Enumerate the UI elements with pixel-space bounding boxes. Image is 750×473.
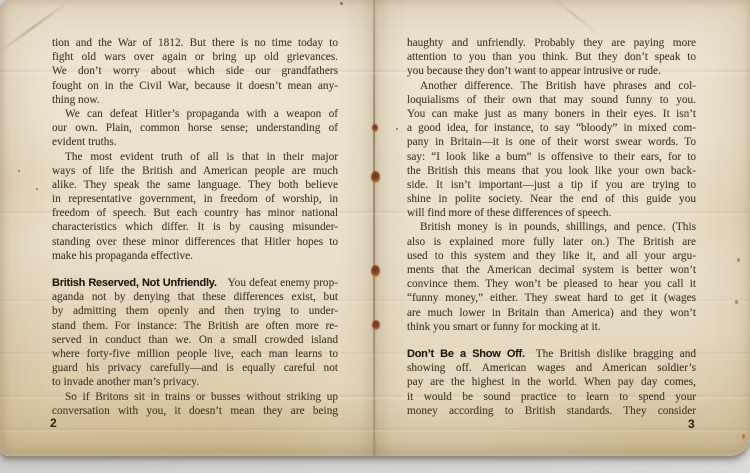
text-line: You can make just as many boners in thei… (407, 107, 696, 121)
text-line: pay are the highest in the world. When p… (407, 375, 696, 389)
text-line: our own. Plain, common horse sense; unde… (52, 121, 338, 135)
text-line: make his propaganda effective. (52, 249, 338, 263)
paper-speck (735, 300, 738, 304)
text-line: money according to British standards. Th… (407, 404, 696, 418)
open-booklet-paper: tion and the War of 1812. But there is n… (0, 0, 750, 456)
paper-speck (396, 128, 398, 130)
text-line: standing over these minor differences th… (52, 235, 338, 249)
text-line: attention to you than you think. But the… (407, 50, 696, 64)
text-line: where forty-five million people live, ea… (52, 347, 338, 361)
text-line: conversation with you, it doesn’t mean t… (52, 404, 338, 418)
text-line: We can defeat Hitler’s propaganda with a… (52, 107, 338, 121)
text-line: say: “I look like a bum” is offensive to… (407, 150, 696, 164)
text-line: tion and the War of 1812. But there is n… (52, 36, 338, 50)
text-line: British Reserved, Not Unfriendly.You def… (52, 276, 338, 290)
right-page-number: 3 (688, 417, 695, 431)
text-line: ments that the American decimal system i… (407, 263, 696, 277)
text-line: loquialisms of their own that may sound … (407, 93, 696, 107)
text-line: ways of life the British and American pe… (52, 164, 338, 178)
corner-crease (546, 0, 603, 38)
text-line: convince them. They won’t be pleased to … (407, 277, 696, 291)
text-line: alike. They speak the same language. The… (52, 178, 338, 192)
body-paragraph: So if Britons sit in trains or busses wi… (52, 390, 338, 418)
section-paragraph: British Reserved, Not Unfriendly.You def… (52, 276, 338, 390)
section-heading: Don’t Be a Show Off. (407, 348, 525, 360)
horizontal-crease (0, 427, 750, 433)
rust-staple-spot (372, 124, 378, 132)
text-line: to invade another man’s privacy. (52, 375, 338, 389)
text-line: aganda not by denying that these differe… (52, 290, 338, 304)
body-paragraph: haughty and unfriendly. Probably they ar… (407, 36, 696, 79)
text-line: Don’t Be a Show Off.The British dislike … (407, 347, 696, 361)
paper-speck (742, 434, 745, 439)
paper-speck (737, 258, 740, 262)
text-line: pany in Britain—it is one of their worst… (407, 135, 696, 149)
text-line: fight old wars over again or bring up ol… (52, 50, 338, 64)
body-paragraph: tion and the War of 1812. But there is n… (52, 36, 338, 107)
text-line: haughty and unfriendly. Probably they ar… (407, 36, 696, 50)
text-line: guard his privacy carefully—and is equal… (52, 361, 338, 375)
text-line: fought on in the Civil War, because it d… (52, 79, 338, 93)
text-line: Another difference. The British have phr… (407, 79, 696, 93)
body-paragraph: The most evident truth of all is that in… (52, 150, 338, 264)
text-line: showing off. American wages and American… (407, 361, 696, 375)
left-page-text-block: tion and the War of 1812. But there is n… (52, 36, 338, 418)
text-line: thing now. (52, 93, 338, 107)
paper-speck (18, 170, 20, 172)
text-line: side. It isn’t important—just a tip if y… (407, 178, 696, 192)
text-line: by admitting them openly and then trying… (52, 304, 338, 318)
text-line: in representative government, in freedom… (52, 192, 338, 206)
book-scan-canvas: tion and the War of 1812. But there is n… (0, 0, 750, 473)
paper-speck (36, 188, 38, 190)
rust-staple-spot (371, 171, 380, 183)
text-line: are much lower in Britain than America) … (407, 306, 696, 320)
paper-speck (340, 2, 343, 5)
rust-staple-spot (372, 320, 380, 330)
text-line: used to this system and they like it, an… (407, 249, 696, 263)
text-line: We don’t worry about which side our gran… (52, 64, 338, 78)
text-line: The most evident truth of all is that in… (52, 150, 338, 164)
body-paragraph: Another difference. The British have phr… (407, 79, 696, 221)
text-line: it would be sound practice to learn to s… (407, 390, 696, 404)
section-heading: British Reserved, Not Unfriendly. (52, 277, 217, 289)
text-line: the British this means that you look lik… (407, 164, 696, 178)
text-line: shine in polite society. Near the end of… (407, 192, 696, 206)
text-line: So if Britons sit in trains or busses wi… (52, 390, 338, 404)
left-page-number: 2 (50, 416, 57, 430)
text-line: also is explained more fully later on.) … (407, 235, 696, 249)
rust-staple-spot (371, 265, 380, 277)
text-line: evident truths. (52, 135, 338, 149)
text-line: will find more of these differences of s… (407, 206, 696, 220)
body-paragraph: British money is in pounds, shillings, a… (407, 220, 696, 334)
right-page-text-block: haughty and unfriendly. Probably they ar… (407, 36, 696, 418)
body-paragraph: We can defeat Hitler’s propaganda with a… (52, 107, 338, 150)
text-line: “funny money,” either. They sweat hard t… (407, 291, 696, 305)
text-line: think you smart or funny for mocking at … (407, 320, 696, 334)
text-line: a good idea, for instance, to say “blood… (407, 121, 696, 135)
text-line: stand them. For instance: The British ar… (52, 319, 338, 333)
text-line: you because they don’t want to appear in… (407, 64, 696, 78)
text-line: British money is in pounds, shillings, a… (407, 220, 696, 234)
text-line: characteristics which differ. It is by c… (52, 220, 338, 234)
section-paragraph: Don’t Be a Show Off.The British dislike … (407, 347, 696, 418)
text-line: served in conduct than we. On a small cr… (52, 333, 338, 347)
text-line: freedom of speech. But each country has … (52, 206, 338, 220)
